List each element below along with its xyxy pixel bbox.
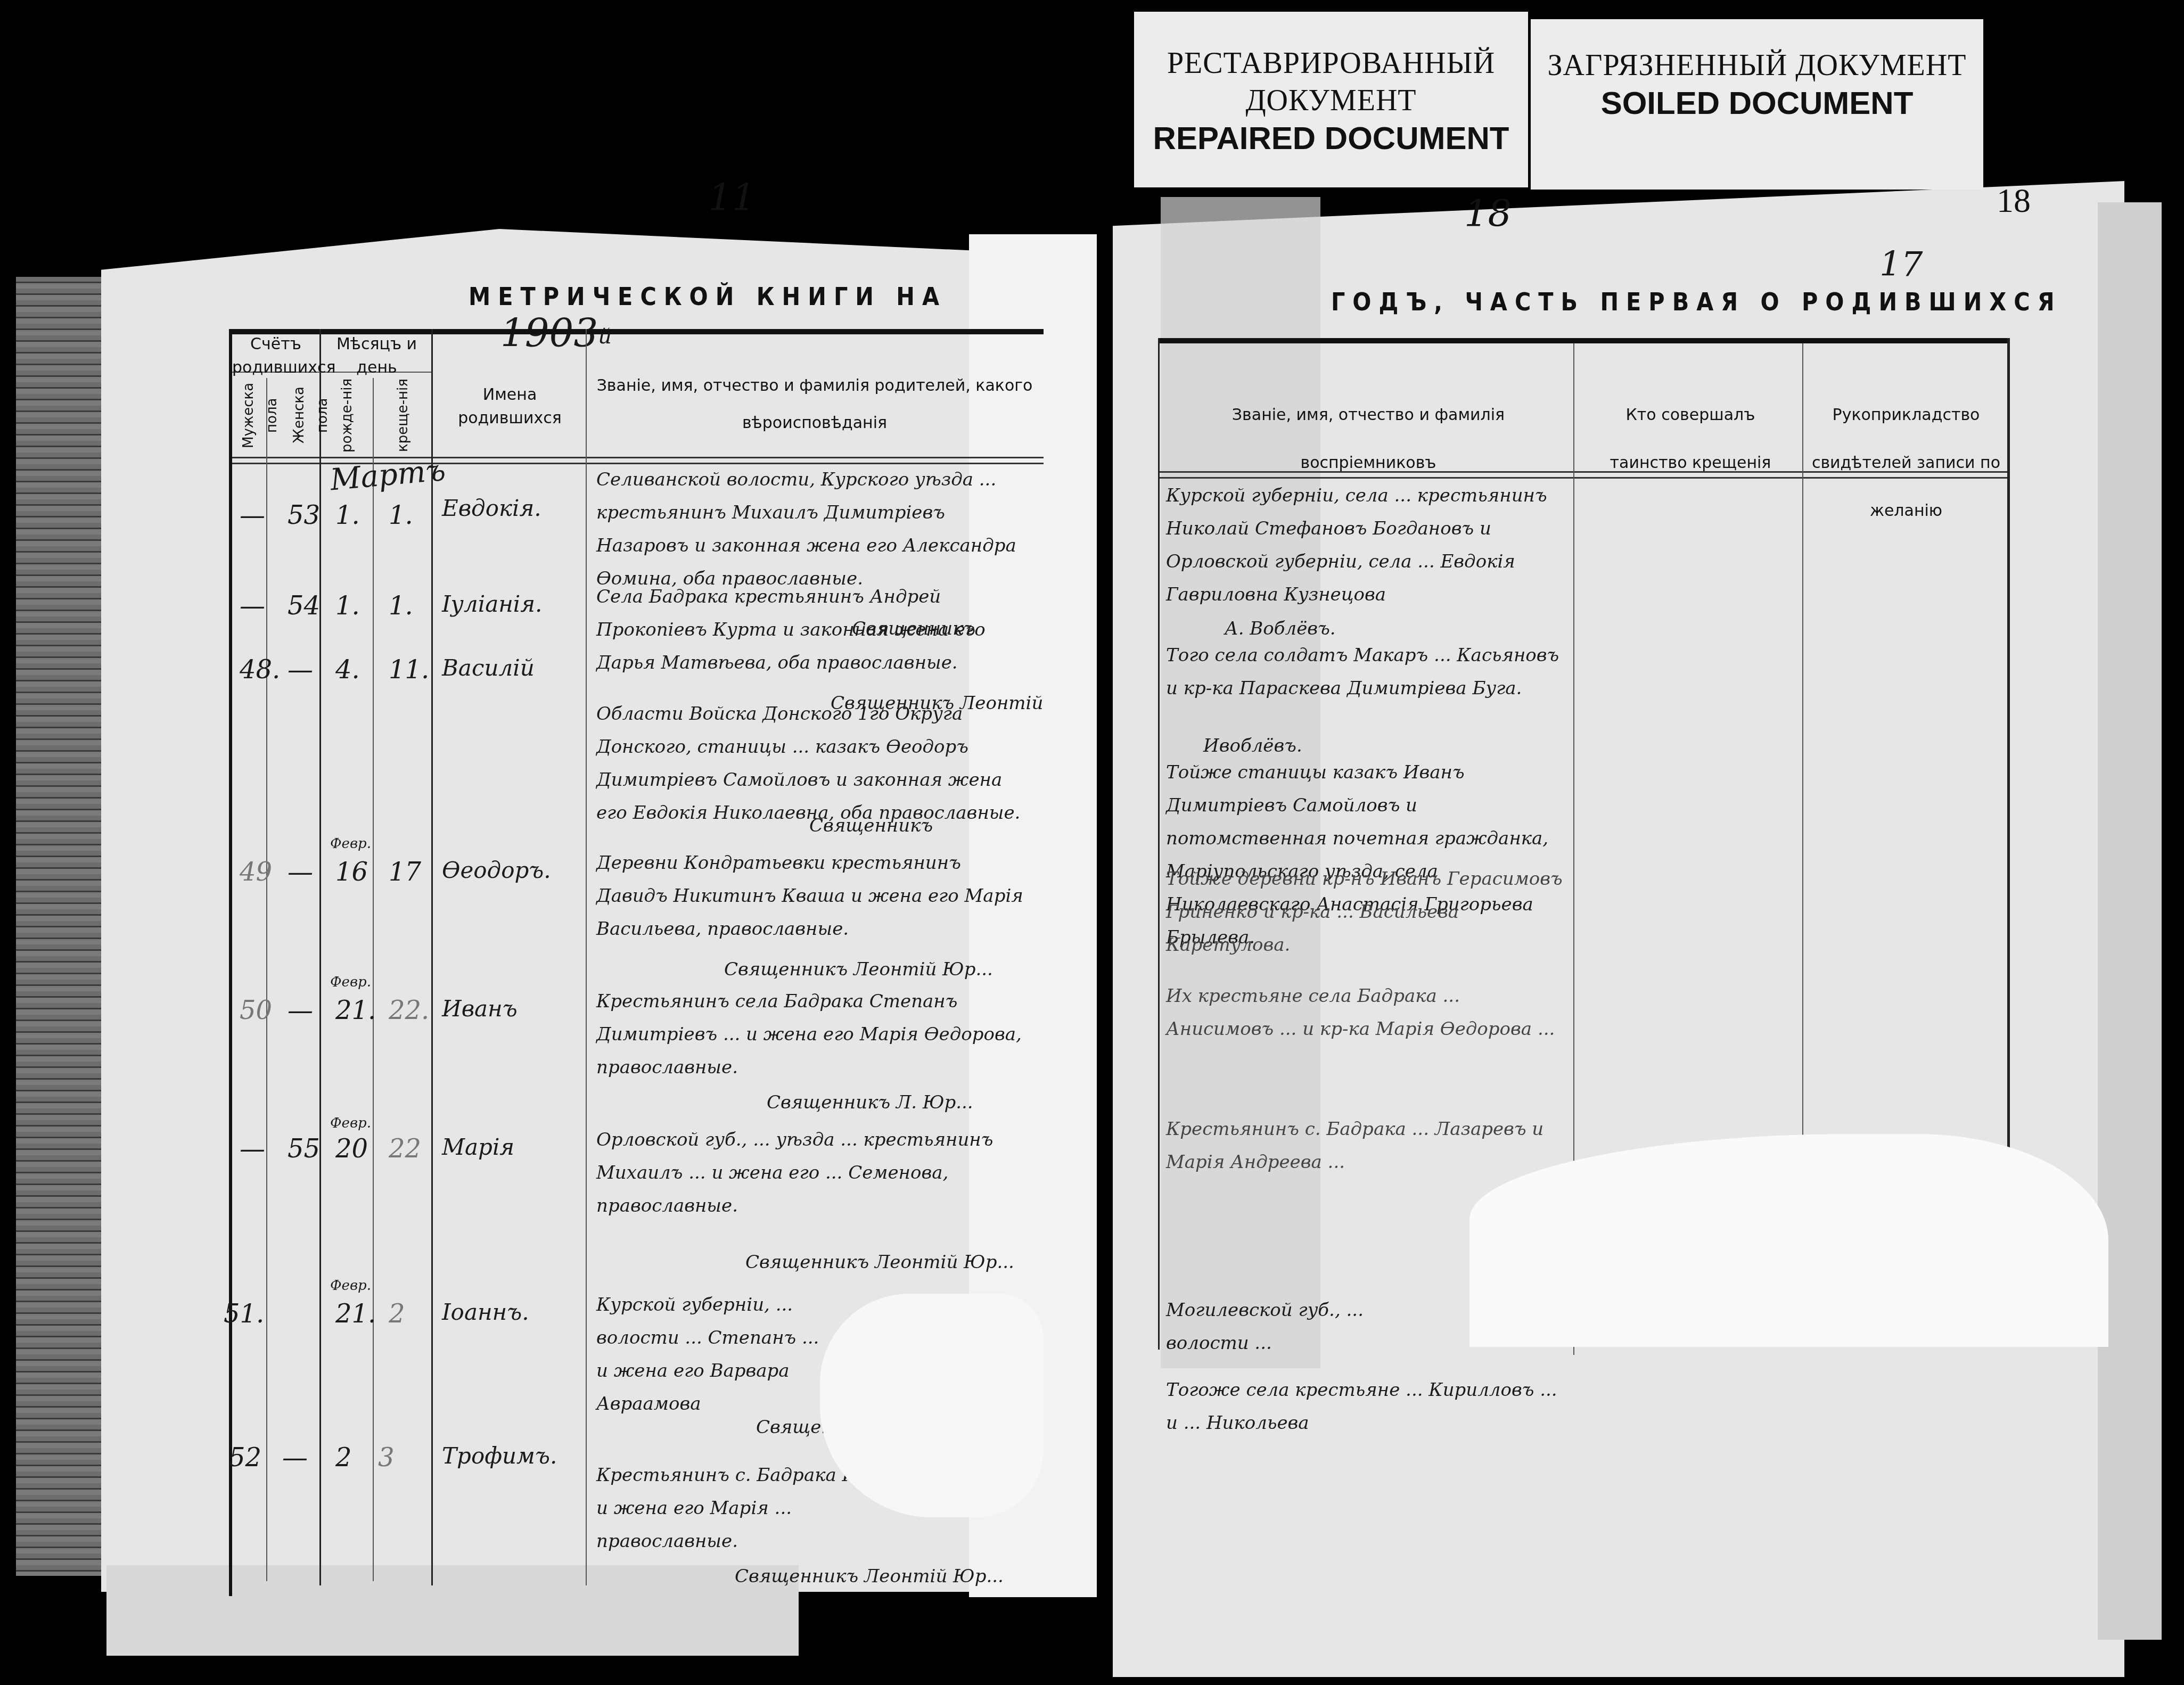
row-child-name: Марія — [442, 1134, 514, 1160]
row-signature: Священникъ Леонтій Юр... — [724, 953, 993, 986]
right-page-torn-area — [1469, 1134, 2108, 1347]
year-suffix: й — [598, 324, 612, 349]
row-godparents: Могилевской губ., ... волости ... — [1166, 1294, 1432, 1360]
repaired-label-ru-line2: ДОКУМЕНТ — [1134, 82, 1528, 119]
row-birth-day: 2 — [335, 1443, 352, 1473]
row-birth-day: 1. — [335, 591, 360, 621]
left-page-number: 11 — [708, 176, 756, 219]
right-page-stacked-edges — [2098, 202, 2162, 1640]
left-page-title: МЕТРИЧЕСКОЙ КНИГИ НА — [469, 282, 947, 311]
header-month-day: Мѣсяцъ и день — [322, 333, 431, 380]
row-signature: Священникъ Леонтій Юр... — [735, 1560, 1004, 1593]
row-child-name: Иванъ — [442, 996, 518, 1022]
row-parents: Крестьянинъ села Бадрака Степанъ Димитрі… — [596, 985, 1033, 1084]
row-female-count: 53 — [288, 500, 320, 530]
row-child-name: Василій — [442, 655, 535, 681]
left-page-repair-patch — [820, 1294, 1044, 1517]
soiled-document-card: ЗАГРЯЗНЕННЫЙ ДОКУМЕНТ SOILED DOCUMENT — [1531, 19, 1983, 190]
row-baptism-day: 1. — [389, 591, 413, 621]
row-birth-day: 20 — [335, 1134, 368, 1164]
row-female-count: 55 — [288, 1134, 320, 1164]
left-table-left-border — [229, 329, 232, 1596]
row-godparents: Тойже деревни кр-нъ Иванъ Герасимовъ Гри… — [1166, 862, 1571, 961]
row-signature: Священникъ Леонтій Юр... — [745, 1246, 1014, 1279]
row-birth-day: 4. — [335, 655, 360, 685]
row-male-count: 48. — [240, 655, 280, 685]
row-baptism-day: 2 — [389, 1299, 405, 1329]
row-godparents: Их крестьяне села Бадрака ... Анисимовъ … — [1166, 980, 1571, 1046]
row-godparents: Того села солдатъ Макаръ ... Касьяновъ и… — [1166, 639, 1571, 705]
row-baptism-day: 1. — [389, 500, 413, 530]
row-male-count: — — [240, 500, 265, 530]
row-parents: Орловской губ., ... уѣзда ... крестьянин… — [596, 1123, 1033, 1222]
repaired-document-card: РЕСТАВРИРОВАННЫЙ ДОКУМЕНТ REPAIRED DOCUM… — [1134, 12, 1528, 187]
row-birth-day: 16 — [335, 857, 368, 887]
row-male-count: 50 — [240, 996, 272, 1025]
row-parents: Курской губерніи, ... волости ... Степан… — [596, 1288, 820, 1420]
col-divider — [373, 378, 374, 1581]
col-divider — [586, 329, 587, 1585]
soiled-label-en: SOILED DOCUMENT — [1531, 84, 1983, 122]
row-parents: Села Бадрака крестьянинъ Андрей Прокопіе… — [596, 580, 1033, 679]
left-page-header: МЕТРИЧЕСКОЙ КНИГИ НА 1903й — [469, 282, 1054, 356]
header-baptism: креще-нія — [391, 375, 418, 455]
right-page-number-handwritten: 18 — [1464, 192, 1512, 235]
soiled-label-ru: ЗАГРЯЗНЕННЫЙ ДОКУМЕНТ — [1531, 47, 1983, 84]
row-male-count: 49 — [240, 857, 272, 887]
left-page-lower-leaf — [106, 1565, 799, 1656]
header-godparents: Званіе, имя, отчество и фамилія воспріем… — [1171, 391, 1565, 487]
row-female-count: — — [282, 1443, 308, 1473]
col-divider — [431, 329, 433, 1585]
header-officiant: Кто совершалъ таинство крещенія — [1587, 391, 1794, 487]
header-count-female: Женска пола — [288, 375, 314, 455]
row-baptism-day: 22. — [389, 996, 429, 1025]
row-month: Февр. — [330, 1115, 371, 1131]
row-godparents: Курской губерніи, села ... крестьянинъ Н… — [1166, 479, 1571, 611]
row-birth-day: 21. — [335, 1299, 376, 1329]
row-baptism-day: 3 — [378, 1443, 395, 1473]
row-signature: Священникъ — [809, 809, 933, 842]
right-table-left-border — [1158, 338, 1160, 1350]
row-month: Февр. — [330, 974, 371, 990]
row-baptism-day: 11. — [389, 655, 429, 685]
col-divider — [266, 378, 267, 1581]
row-female-count: — — [288, 655, 313, 685]
row-child-name: Ѳеодоръ. — [442, 857, 551, 883]
row-month: Февр. — [330, 1278, 371, 1294]
row-male-count: 51. — [224, 1299, 264, 1329]
header-names: Имена родившихся — [434, 383, 586, 430]
row-female-count: 54 — [288, 591, 320, 621]
row-child-name: Іуліанія. — [442, 591, 542, 617]
header-birth: рожде-нія — [335, 375, 362, 455]
row-parents: Селиванской волости, Курского уѣзда ... … — [596, 463, 1033, 595]
row-signature: Священникъ Л. Юр... — [767, 1086, 973, 1119]
row-child-name: Евдокія. — [442, 495, 541, 521]
row-birth-day: 1. — [335, 500, 360, 530]
row-godparents: Крестьянинъ с. Бадрака ... Лазаревъ и Ма… — [1166, 1113, 1571, 1179]
right-table-top-rule — [1158, 338, 2007, 343]
row-male-count: — — [240, 591, 265, 621]
header-count-male: Мужеска пола — [237, 375, 264, 455]
row-godparents: Тогоже села крестьяне ... Кирилловъ ... … — [1166, 1374, 1571, 1440]
header-witnesses: Рукоприкладство свидѣтелей записи по жел… — [1808, 391, 2005, 535]
repaired-label-en: REPAIRED DOCUMENT — [1134, 119, 1528, 158]
row-baptism-day: 17 — [389, 857, 421, 887]
row-male-count: — — [240, 1134, 265, 1164]
row-baptism-day: 22 — [389, 1134, 421, 1164]
repaired-label-ru-line1: РЕСТАВРИРОВАННЫЙ — [1134, 45, 1528, 82]
row-child-name: Іоаннъ. — [442, 1299, 529, 1325]
right-page-number-stamp: 18 — [1997, 181, 2031, 220]
row-month: Февр. — [330, 836, 371, 852]
row-female-count: — — [288, 996, 313, 1025]
row-child-name: Трофимъ. — [442, 1443, 557, 1469]
book-edge-strip — [16, 277, 104, 1576]
right-margin-number: 17 — [1879, 245, 1923, 284]
row-parents: Деревни Кондратьевки крестьянинъ Давидъ … — [596, 846, 1033, 946]
right-page-title: ГОДЪ, ЧАСТЬ ПЕРВАЯ О РОДИВШИХСЯ — [1331, 287, 2062, 316]
row-female-count: — — [288, 857, 313, 887]
row-birth-day: 21. — [335, 996, 376, 1025]
row-male-count: 52 — [229, 1443, 261, 1473]
header-count: Счётъ родившихся — [232, 333, 319, 380]
header-parents: Званіе, имя, отчество и фамилія родителе… — [596, 367, 1033, 442]
